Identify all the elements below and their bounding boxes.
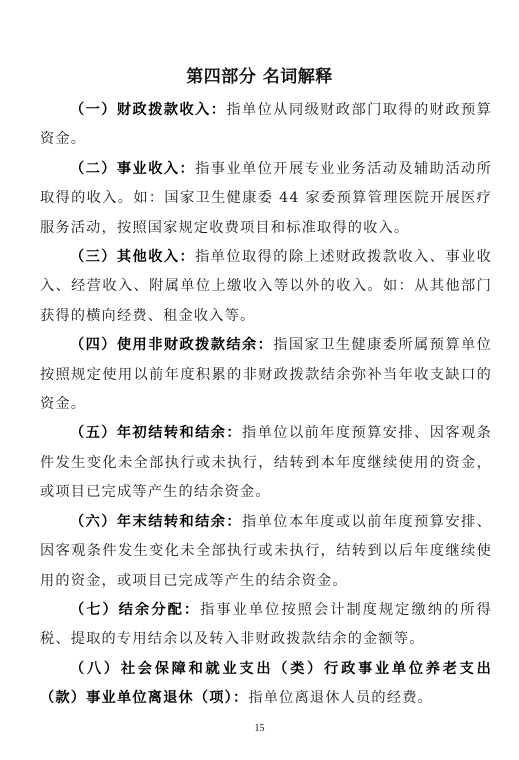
glossary-term: （七）结余分配： — [70, 602, 200, 618]
glossary-entry-3: （三）其他收入：指单位取得的除上述财政拨款收入、事业收入、经营收入、附属单位上缴… — [40, 243, 492, 331]
glossary-entry-4: （四）使用非财政拨款结余：指国家卫生健康委所属预算单位按照规定使用以前年度积累的… — [40, 331, 492, 419]
glossary-body: （一）财政拨款收入：指单位从同级财政部门取得的财政预算资金。 （二）事业收入：指… — [40, 96, 492, 714]
section-title: 第四部分 名词解释 — [0, 62, 519, 87]
page-number: 15 — [0, 723, 519, 734]
glossary-entry-8: （八）社会保障和就业支出（类）行政事业单位养老支出（款）事业单位离退休（项）：指… — [40, 655, 492, 714]
glossary-entry-7: （七）结余分配：指事业单位按照会计制度规定缴纳的所得税、提取的专用结余以及转入非… — [40, 596, 492, 655]
glossary-entry-2: （二）事业收入：指事业单位开展专业业务活动及辅助活动所取得的收入。如：国家卫生健… — [40, 155, 492, 243]
glossary-entry-6: （六）年末结转和结余：指单位本年度或以前年度预算安排、因客观条件发生变化未全部执… — [40, 508, 492, 596]
glossary-term: （四）使用非财政拨款结余： — [70, 337, 273, 353]
glossary-definition: 指单位离退休人员的经费。 — [248, 690, 433, 706]
glossary-term: （六）年末结转和结余： — [70, 514, 242, 530]
glossary-term: （一）财政拨款收入： — [70, 102, 226, 118]
glossary-entry-1: （一）财政拨款收入：指单位从同级财政部门取得的财政预算资金。 — [40, 96, 492, 155]
glossary-term: （五）年初结转和结余： — [70, 425, 242, 441]
glossary-entry-5: （五）年初结转和结余：指单位以前年度预算安排、因客观条件发生变化未全部执行或未执… — [40, 419, 492, 507]
glossary-term: （二）事业收入： — [70, 161, 195, 177]
glossary-term: （三）其他收入： — [70, 249, 195, 265]
document-page: 第四部分 名词解释 （一）财政拨款收入：指单位从同级财政部门取得的财政预算资金。… — [0, 0, 519, 760]
